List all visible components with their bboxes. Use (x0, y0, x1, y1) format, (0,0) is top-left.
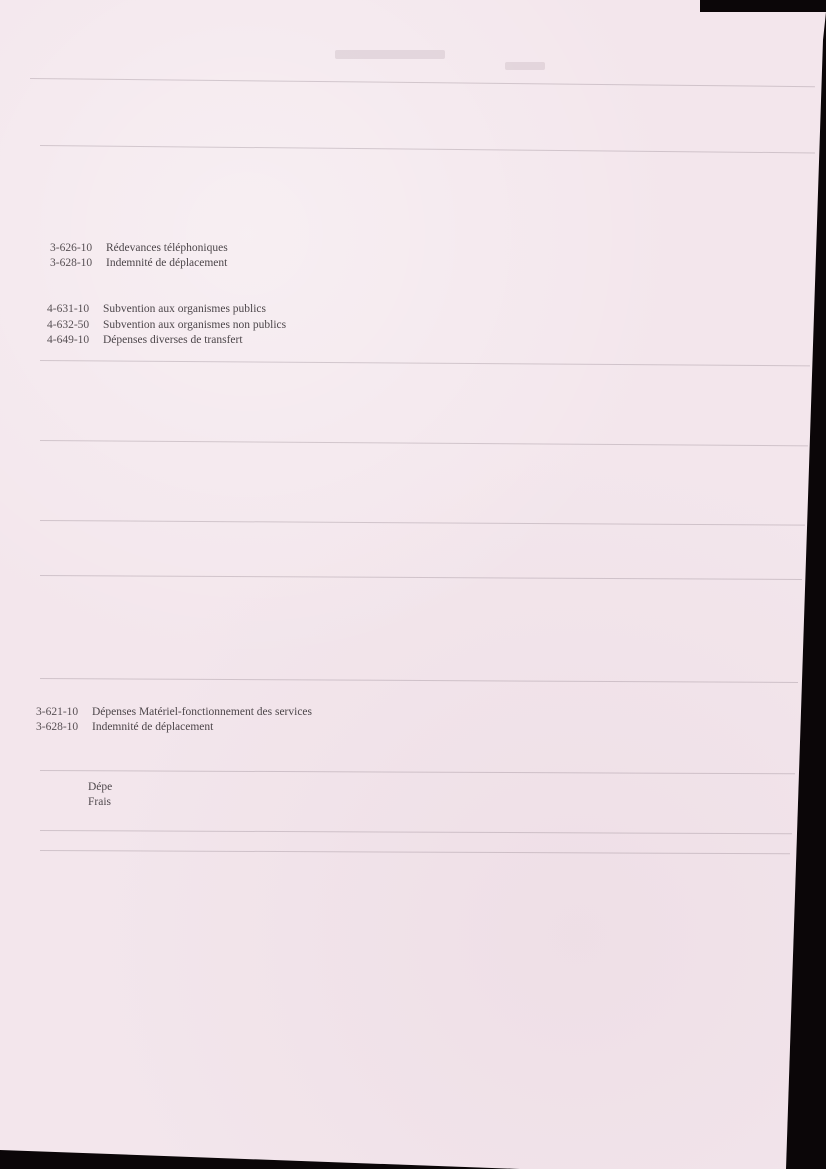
text-fragment: Frais (88, 795, 111, 810)
budget-label: Indemnité de déplacement (92, 721, 213, 733)
budget-label: Rédevances téléphoniques (106, 242, 228, 254)
budget-code: 4-631-10 (47, 302, 103, 316)
table-rule (40, 440, 808, 446)
budget-row: 4-631-10Subvention aux organismes public… (47, 302, 266, 316)
table-rule (40, 830, 792, 834)
budget-label: Subvention aux organismes publics (103, 303, 266, 315)
budget-code: 3-628-10 (36, 720, 92, 734)
budget-code: 3-626-10 (50, 241, 106, 255)
budget-row: 3-628-10Indemnité de déplacement (36, 720, 213, 734)
budget-code: 3-621-10 (36, 705, 92, 719)
scan-border-top (700, 0, 826, 12)
budget-row: 4-649-10Dépenses diverses de transfert (47, 333, 243, 347)
budget-row: 3-628-10Indemnité de déplacement (50, 256, 227, 270)
table-rule (40, 770, 795, 774)
table-rule (30, 78, 815, 87)
budget-code: 3-628-10 (50, 256, 106, 270)
scanned-page: 3-626-10Rédevances téléphoniques 3-628-1… (0, 0, 826, 1169)
text-fragment: Dépe (88, 780, 112, 795)
budget-label: Indemnité de déplacement (106, 257, 227, 269)
table-rule (40, 575, 802, 580)
budget-row: 4-632-50Subvention aux organismes non pu… (47, 318, 286, 332)
paper-texture (0, 0, 826, 1169)
budget-label: Dépenses diverses de transfert (103, 334, 243, 346)
budget-label: Dépenses Matériel-fonctionnement des ser… (92, 706, 312, 718)
budget-label: Subvention aux organismes non publics (103, 319, 286, 331)
budget-code: 4-632-50 (47, 318, 103, 332)
table-rule (40, 850, 790, 854)
budget-code: 4-649-10 (47, 333, 103, 347)
table-rule (40, 678, 798, 683)
header-smudge (335, 50, 445, 59)
budget-row: 3-621-10Dépenses Matériel-fonctionnement… (36, 705, 312, 719)
table-rule (40, 145, 815, 153)
table-rule (40, 360, 810, 366)
header-smudge (505, 62, 545, 70)
table-rule (40, 520, 805, 526)
budget-row: 3-626-10Rédevances téléphoniques (50, 241, 228, 255)
